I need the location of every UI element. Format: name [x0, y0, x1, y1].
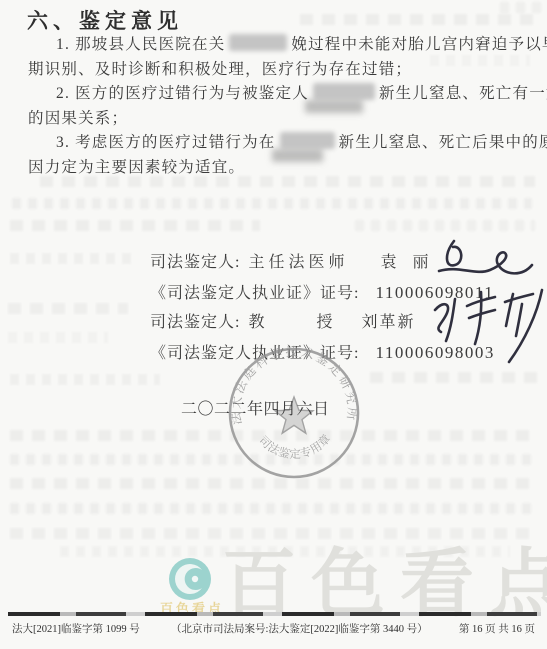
appraiser-label: 司法鉴定人:: [150, 254, 240, 271]
footer-case-number: 法大[2021]临鉴字第 1099 号: [12, 621, 140, 636]
cert-label: 《司法鉴定人执业证》证号:: [150, 285, 359, 302]
baise-kandian-logo-icon: [168, 557, 212, 601]
opinion-text: 1. 那坡县人民医院在关娩过程中未能对胎儿宫内窘迫予以早 期识别、及时诊断和积极…: [28, 33, 540, 181]
appraiser-row: 司法鉴定人:教 授刘革新: [150, 308, 495, 338]
opinion-line: 期识别、及时诊断和积极处理，医疗行为存在过错；: [28, 58, 540, 83]
section-title: 六、鉴定意见: [27, 5, 183, 35]
cert-number: 110006098011: [375, 283, 494, 302]
cert-number: 110006098003: [375, 343, 494, 362]
bleed-through-texture: [8, 303, 128, 314]
appraiser-label: 司法鉴定人:: [150, 314, 240, 331]
appraiser-title: 教 授: [248, 314, 333, 331]
footer: 法大[2021]临鉴字第 1099 号 （北京市司法局案号:法大鉴定[2022]…: [0, 621, 547, 636]
bleed-through-texture: [300, 14, 535, 25]
opinion-p2-text: 的因果关系；: [28, 110, 128, 127]
date-line: 二〇二二年四月六日: [181, 396, 330, 419]
appraiser-name: 袁 丽: [380, 254, 434, 271]
bleed-through-texture: [370, 372, 538, 383]
redacted-name: [280, 132, 335, 149]
opinion-line: 3. 考虑医方的医疗过错行为在新生儿窒息、死亡后果中的原: [28, 131, 540, 156]
stamp-bottom-text: 司法鉴定专用章: [256, 431, 333, 461]
bleed-through-texture: [10, 374, 160, 385]
redacted-name: [313, 83, 375, 100]
bleed-through-texture: [10, 220, 260, 231]
opinion-p3-text: 因力定为主要因素较为适宜。: [28, 159, 245, 176]
bleed-through-texture: [10, 528, 537, 539]
opinion-p3-text: 新生儿窒息、死亡后果中的原: [339, 134, 547, 151]
opinion-p3-text: 3. 考虑医方的医疗过错行为在: [56, 134, 276, 151]
opinion-line: 因力定为主要因素较为适宜。: [28, 156, 540, 181]
bleed-through-texture: [12, 198, 532, 209]
opinion-line: 1. 那坡县人民医院在关娩过程中未能对胎儿宫内窘迫予以早: [28, 33, 540, 58]
opinion-p1-text: 娩过程中未能对胎儿宫内窘迫予以早: [291, 36, 547, 53]
opinion-p2-text: 新生儿窒息、死亡有一定: [379, 85, 547, 102]
appraiser-title: 主任法医师: [248, 254, 348, 271]
opinion-p1-text: 1. 那坡县人民医院在关: [56, 36, 225, 53]
bleed-through-texture: [500, 2, 544, 13]
appraiser-name: 刘革新: [361, 314, 415, 331]
footer-divider: [8, 612, 541, 616]
opinion-p1-text: 期识别、及时诊断和积极处理，医疗行为存在过错；: [28, 61, 412, 78]
footer-page-number: 第 16 页 共 16 页: [459, 621, 535, 636]
svg-text:司法鉴定专用章: 司法鉴定专用章: [256, 431, 333, 461]
document-page: 百色看点 百色看点 六、鉴定意见 1. 那坡县人民医院在关娩过程中未能对胎儿宫内…: [0, 0, 547, 649]
footer-bureau-number: （北京市司法局案号:法大鉴定[2022]临鉴字第 3440 号）: [171, 621, 428, 636]
opinion-line: 的因果关系；: [28, 107, 540, 132]
bleed-through-texture: [10, 253, 135, 264]
bleed-through-texture: [10, 503, 537, 514]
redacted-name: [229, 34, 287, 51]
appraiser-row: 司法鉴定人:主任法医师袁 丽: [150, 248, 495, 278]
watermark-text: 百色看点: [222, 547, 547, 621]
cert-row: 《司法鉴定人执业证》证号:110006098011: [150, 278, 495, 308]
bleed-through-texture: [355, 220, 535, 231]
opinion-p2-text: 2. 医方的医疗过错行为与被鉴定人: [56, 85, 309, 102]
bleed-through-texture: [8, 332, 108, 343]
opinion-line: 2. 医方的医疗过错行为与被鉴定人新生儿窒息、死亡有一定: [28, 82, 540, 107]
